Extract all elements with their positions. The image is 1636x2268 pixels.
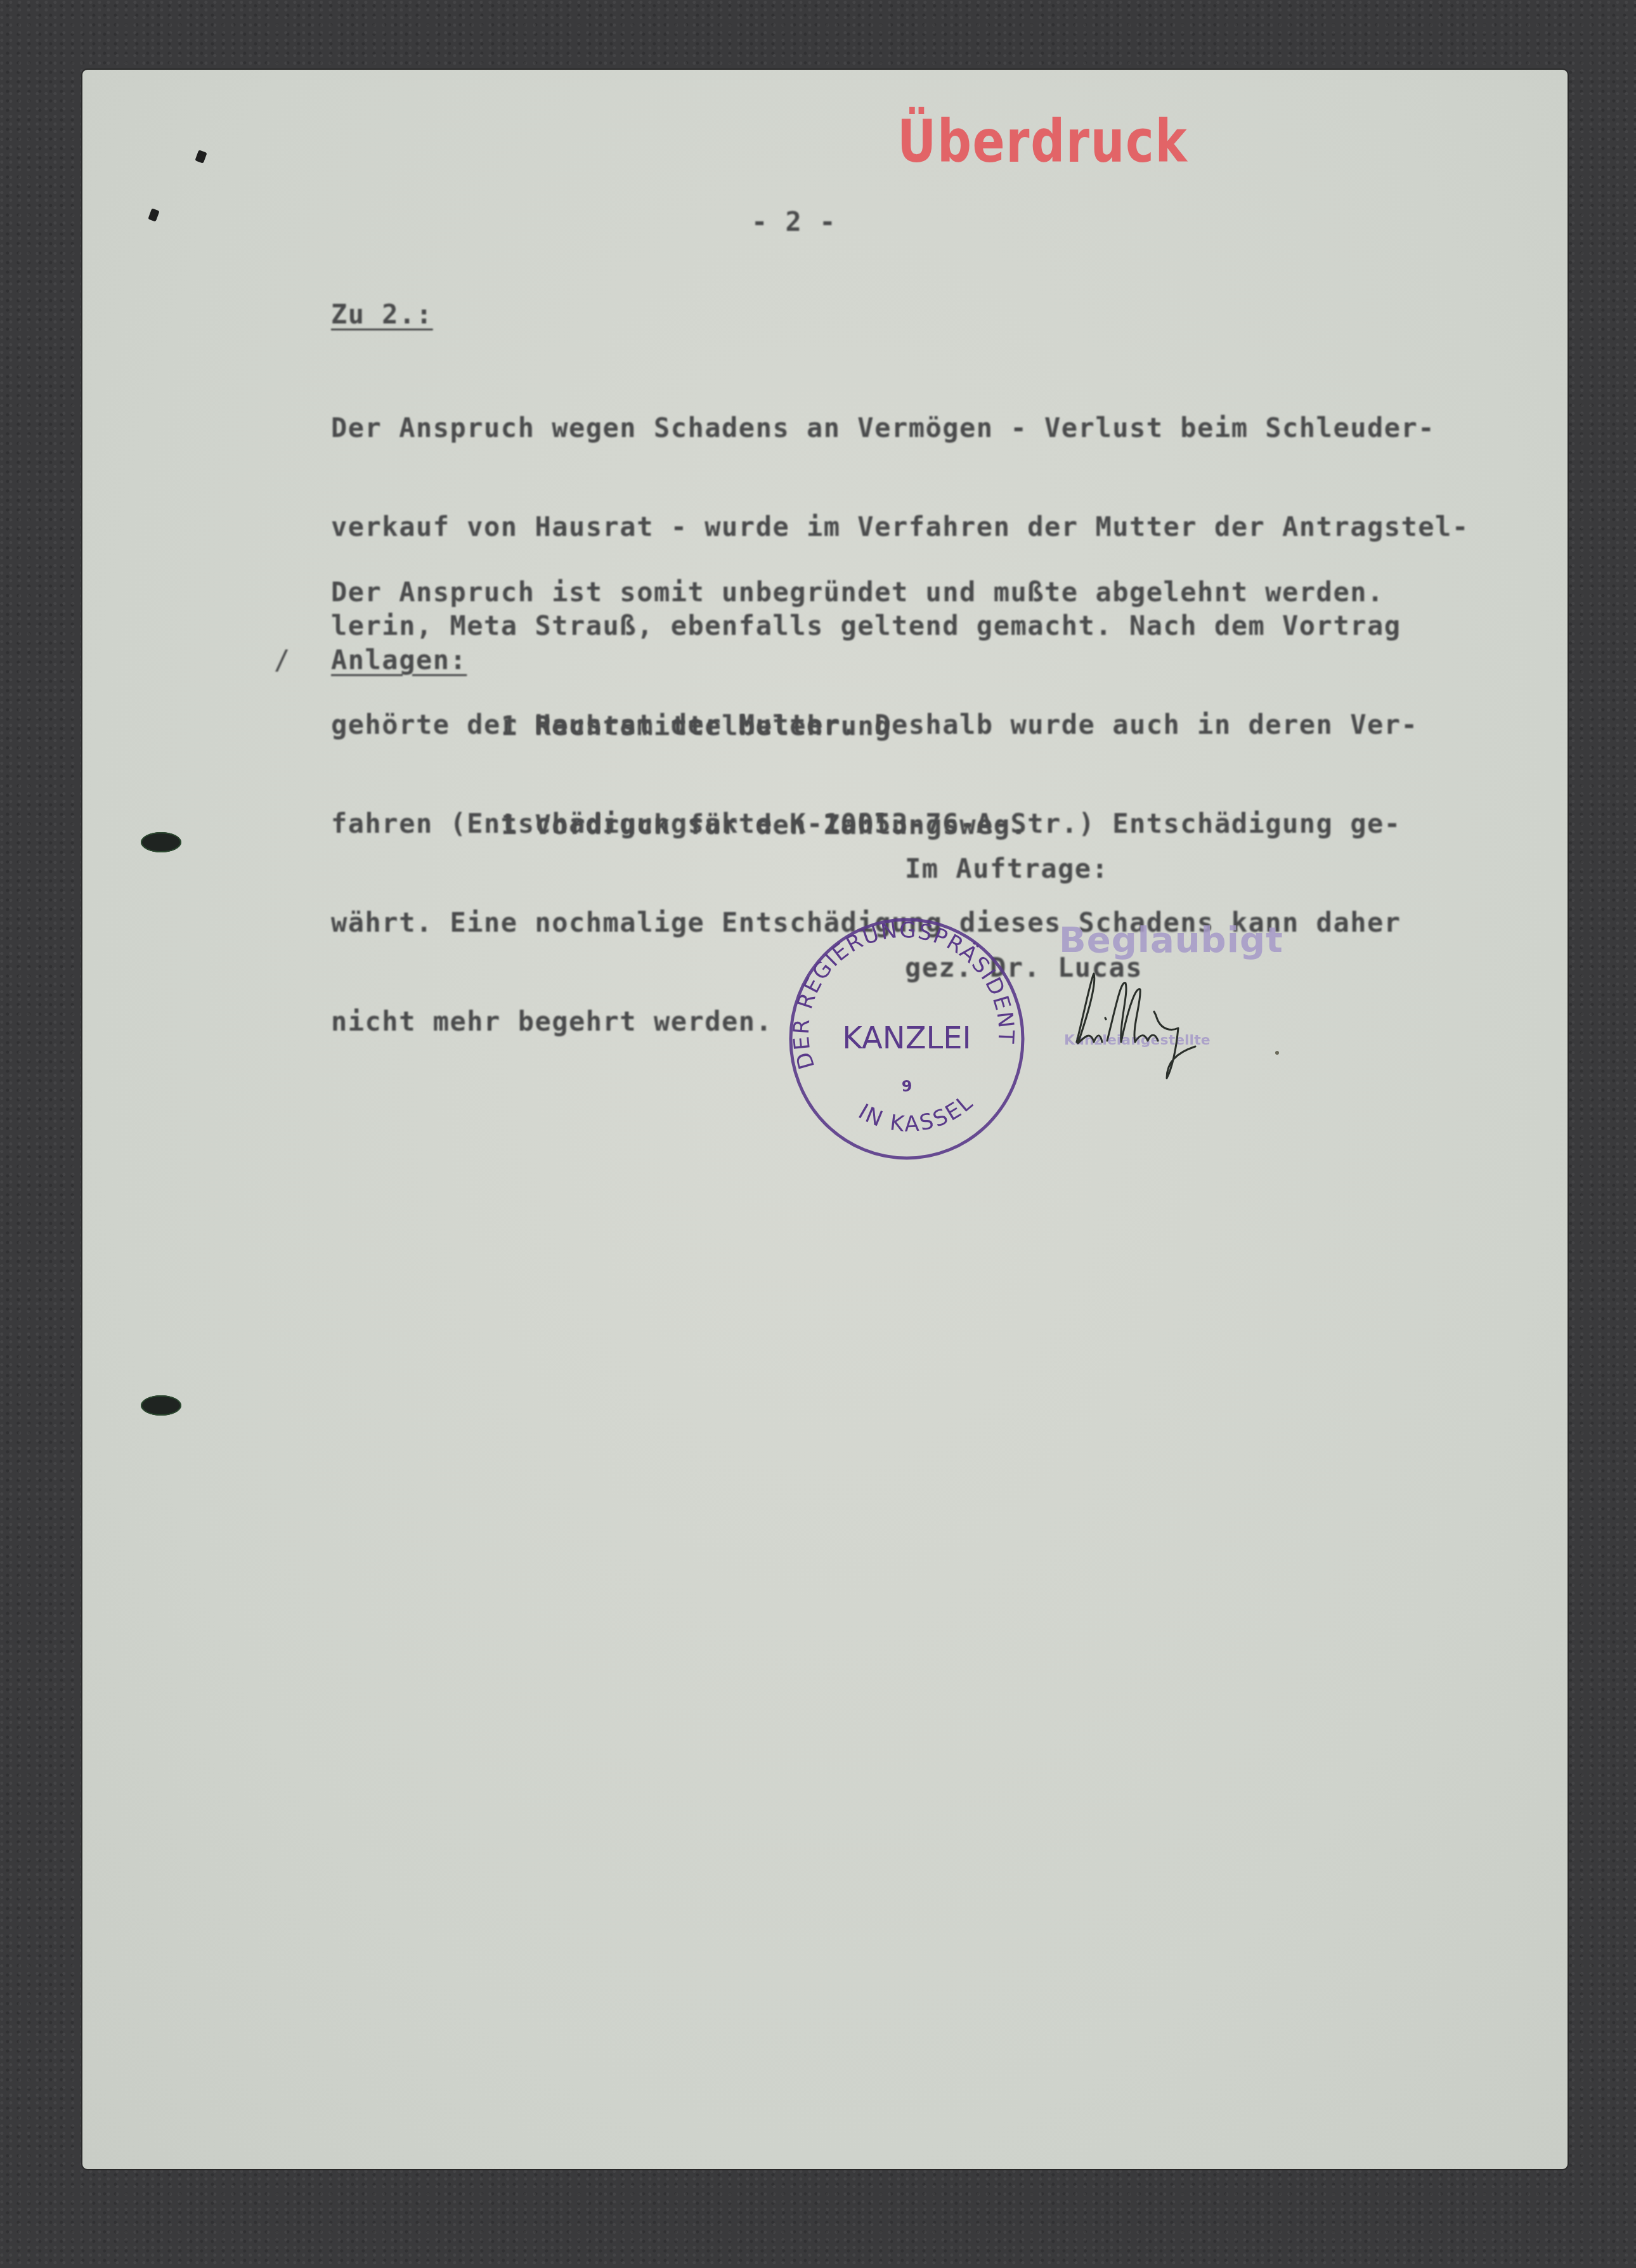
seal-bottom-text: IN KASSEL — [854, 1089, 979, 1137]
seal-number: 9 — [902, 1078, 912, 1095]
certification-stamp-title: Beglaubigt — [1059, 920, 1283, 961]
paragraph-2: Der Anspruch ist somit unbegründet und m… — [331, 576, 1384, 609]
text-line: verkauf von Hausrat - wurde im Verfahren… — [331, 511, 1469, 544]
speck — [1275, 1051, 1279, 1055]
enclosures-label: Anlagen: — [331, 644, 467, 677]
seal-center-text: KANZLEI — [842, 1020, 971, 1056]
text-line: Der Anspruch wegen Schadens an Vermögen … — [331, 412, 1469, 445]
section-heading: Zu 2.: — [331, 298, 433, 331]
punch-hole — [141, 832, 181, 852]
page-number: - 2 - — [751, 205, 836, 238]
overprint-stamp: Überdruck — [897, 108, 1188, 176]
margin-mark: / — [274, 644, 291, 677]
text-line: lerin, Meta Strauß, ebenfalls geltend ge… — [331, 609, 1469, 642]
punch-hole — [141, 1395, 181, 1416]
signature-line-1: Im Auftrage: — [905, 852, 1143, 885]
handwritten-signature-icon — [1065, 967, 1224, 1081]
enclosure-item: 1 Rechtsmittelbelehrung — [501, 710, 1027, 743]
official-seal-icon: DER REGIERUNGSPRÄSIDENT IN KASSEL KANZLE… — [783, 915, 1030, 1163]
